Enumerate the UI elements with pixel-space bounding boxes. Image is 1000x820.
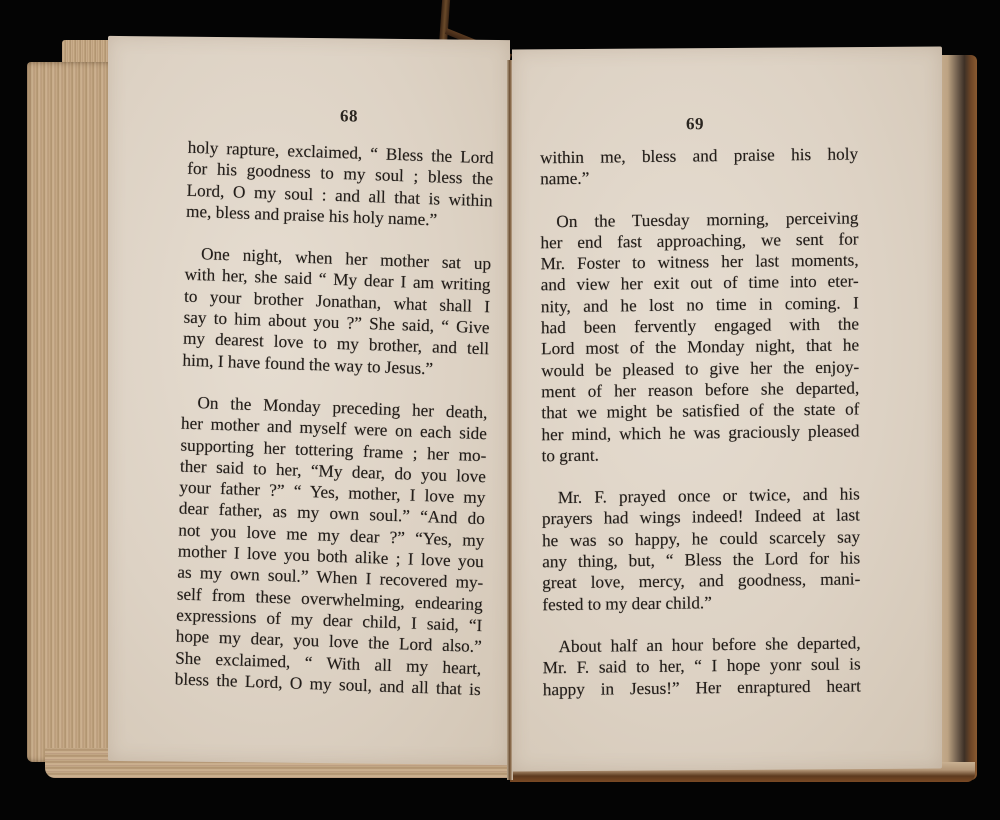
left-page-text: holy rapture, exclaimed, “ Bless the Lor… bbox=[174, 137, 494, 721]
paragraph: Mr. F. prayed once or twice, and his pra… bbox=[542, 484, 861, 616]
text-line: happy in Jesus!” Her enraptured heart bbox=[543, 675, 861, 700]
page-number-left: 68 bbox=[340, 106, 358, 126]
page-number-right: 69 bbox=[686, 114, 704, 134]
paragraph: holy rapture, exclaimed, “ Bless the Lor… bbox=[186, 137, 494, 233]
left-page: 68 holy rapture, exclaimed, “ Bless the … bbox=[108, 36, 510, 765]
paragraph: within me, bless and praise his holy nam… bbox=[540, 143, 858, 189]
paragraph: About half an hour before she departed, … bbox=[543, 632, 861, 700]
text-line: name.” bbox=[540, 165, 858, 190]
paragraph: One night, when her mother sat up with h… bbox=[182, 243, 491, 381]
photo-background: 68 holy rapture, exclaimed, “ Bless the … bbox=[0, 0, 1000, 820]
text-line: her mind, which he was graciously please… bbox=[541, 420, 859, 445]
paragraph: On the Monday preceding her death, her m… bbox=[174, 392, 487, 701]
text-line: to grant. bbox=[542, 441, 860, 466]
text-line: fested to my dear child.” bbox=[542, 590, 860, 615]
right-page-text: within me, bless and praise his holy nam… bbox=[540, 143, 861, 721]
text-line: great love, mercy, and goodness, mani- bbox=[542, 569, 860, 594]
right-page: 69 within me, bless and praise his holy … bbox=[512, 46, 942, 771]
paragraph: On the Tuesday morning, perceiving her e… bbox=[540, 207, 859, 466]
text-line: within me, bless and praise his holy bbox=[540, 143, 858, 168]
